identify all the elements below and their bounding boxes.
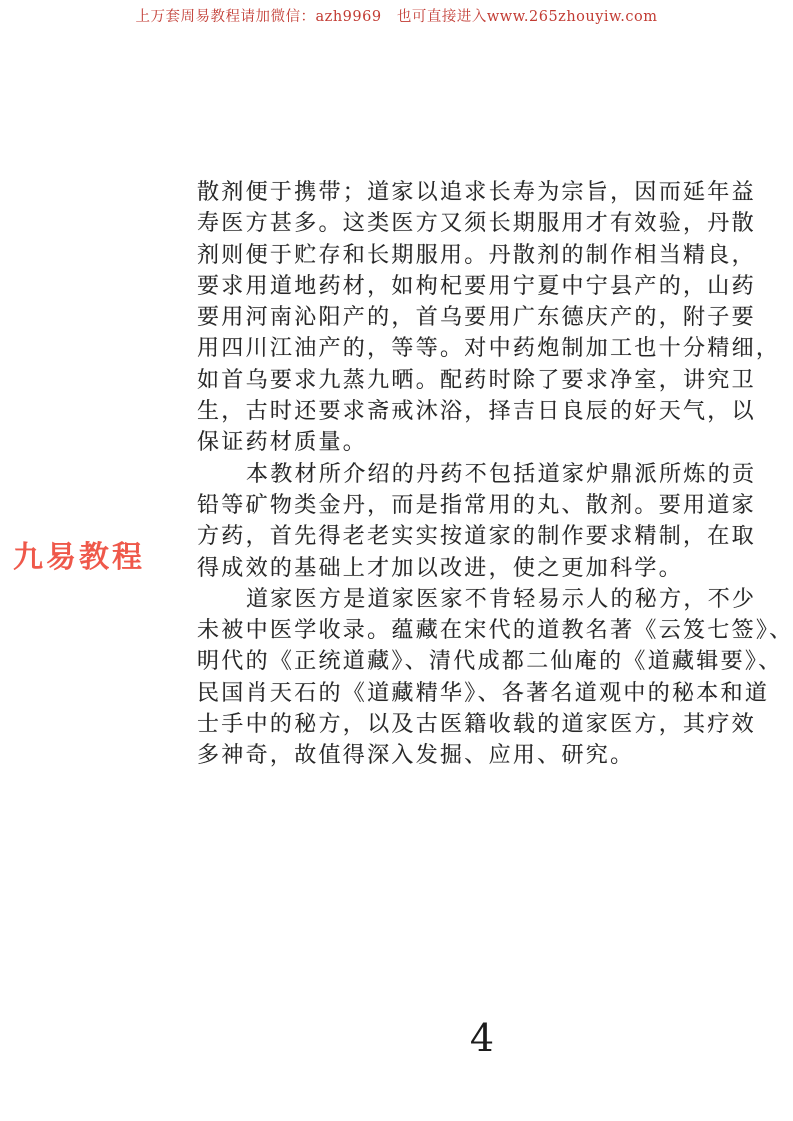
text-line: 多神奇，故值得深入发掘、应用、研究。	[197, 740, 769, 771]
text-line: 保证药材质量。	[197, 427, 769, 458]
text-line: 剂则便于贮存和长期服用。丹散剂的制作相当精良，	[197, 240, 769, 271]
scanned-book-page: 上万套周易教程请加微信：azh9969 也可直接进入www.265zhouyiw…	[0, 0, 793, 1121]
text-line: 明代的《正统道藏》、清代成都二仙庵的《道藏辑要》、	[197, 646, 769, 677]
text-line: 得成效的基础上才加以改进，使之更加科学。	[197, 553, 769, 584]
text-line: 散剂便于携带；道家以追求长寿为宗旨，因而延年益	[197, 177, 769, 208]
promo-header-text: 上万套周易教程请加微信：azh9969 也可直接进入www.265zhouyiw…	[0, 5, 793, 26]
text-line: 道家医方是道家医家不肯轻易示人的秘方，不少	[197, 584, 769, 615]
text-line: 未被中医学收录。蕴藏在宋代的道教名著《云笈七签》、	[197, 615, 769, 646]
watermark-text: 九易教程	[13, 541, 145, 575]
text-line: 要求用道地药材，如枸杞要用宁夏中宁县产的，山药	[197, 271, 769, 302]
text-line: 生，古时还要求斋戒沐浴，择吉日良辰的好天气，以	[197, 396, 769, 427]
text-line: 寿医方甚多。这类医方又须长期服用才有效验，丹散	[197, 208, 769, 239]
text-line: 如首乌要求九蒸九晒。配药时除了要求净室，讲究卫	[197, 365, 769, 396]
text-line: 铅等矿物类金丹，而是指常用的丸、散剂。要用道家	[197, 490, 769, 521]
text-line: 本教材所介绍的丹药不包括道家炉鼎派所炼的贡	[197, 459, 769, 490]
text-line: 方药，首先得老老实实按道家的制作要求精制，在取	[197, 521, 769, 552]
text-line: 用四川江油产的，等等。对中药炮制加工也十分精细，	[197, 333, 769, 364]
text-line: 要用河南沁阳产的，首乌要用广东德庆产的，附子要	[197, 302, 769, 333]
page-number: 4	[462, 1016, 502, 1060]
text-line: 民国肖天石的《道藏精华》、各著名道观中的秘本和道	[197, 678, 769, 709]
body-text: 散剂便于携带；道家以追求长寿为宗旨，因而延年益寿医方甚多。这类医方又须长期服用才…	[197, 177, 769, 772]
text-line: 士手中的秘方，以及古医籍收载的道家医方，其疗效	[197, 709, 769, 740]
